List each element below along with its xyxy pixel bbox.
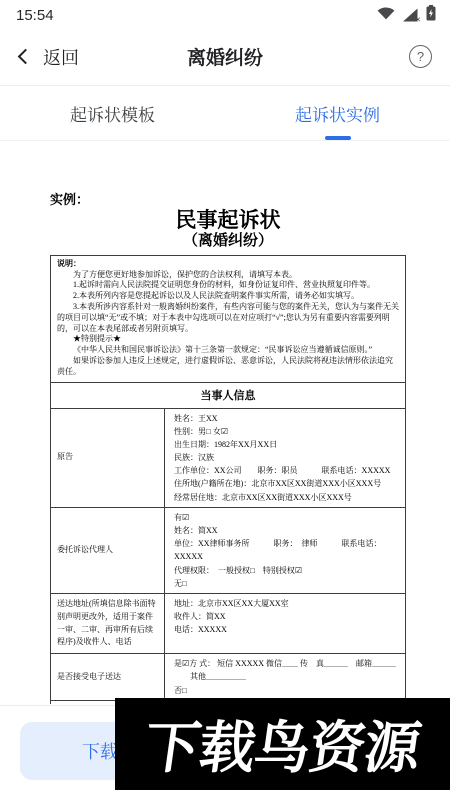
battery-charging-icon xyxy=(426,5,436,26)
field-line: 性别：男□ 女☑ xyxy=(174,425,401,438)
watermark-overlay: 下载鸟资源 xyxy=(115,698,450,790)
example-label: 实例： xyxy=(50,189,406,208)
row-label: 是否接受电子送达 xyxy=(51,654,165,700)
field-line: 代理权限： 一般授权□ 特别授权☑ xyxy=(174,564,401,577)
field-line: 姓名：简XX xyxy=(174,524,401,537)
notes-row: 说明： 为了方便您更好地参加诉讼，保护您的合法权利，请填写本表。 1.起诉时需向… xyxy=(51,256,405,383)
status-bar: 15:54 ✕ xyxy=(0,0,450,28)
field-line: 是☑方 式： 短信 XXXXX 微信＿＿ 传 真＿＿＿ 邮箱＿＿＿ xyxy=(174,657,401,670)
table-row-electronic-delivery: 是否接受电子送达 是☑方 式： 短信 XXXXX 微信＿＿ 传 真＿＿＿ 邮箱＿… xyxy=(51,654,405,701)
field-line: 无□ xyxy=(174,577,401,590)
notes-line: 《中华人民共和国民事诉讼法》第十三条第一款规定：“民事诉讼应当遵循诚信原则。” xyxy=(57,345,399,356)
notes-line: 1.起诉时需向人民法院提交证明您身份的材料，如身份证复印件、营业执照复印件等。 xyxy=(57,280,399,291)
document-table: 说明： 为了方便您更好地参加诉讼，保护您的合法权利，请填写本表。 1.起诉时需向… xyxy=(50,255,406,704)
document-title: 民事起诉状 xyxy=(50,209,406,233)
notes-line: 3.本表所涉内容系针对一般离婚纠纷案件，有些内容可能与您的案件无关，您认为与案件… xyxy=(57,302,399,334)
notes-line: 如果诉讼参加人违反上述规定，进行虚假诉讼、恶意诉讼，人民法院将视违法情形依法追究… xyxy=(57,356,399,378)
field-line: 住所地(户籍所在地)：北京市XX区XX街道XXX小区XXX号 xyxy=(174,477,401,490)
field-line: 地址：北京市XX区XX大厦XX室 xyxy=(174,597,401,610)
row-content: 地址：北京市XX区XX大厦XX室 收件人：简XX 电话：XXXXX xyxy=(165,594,405,653)
row-content: 是☑方 式： 短信 XXXXX 微信＿＿ 传 真＿＿＿ 邮箱＿＿＿ 其他＿＿＿＿… xyxy=(165,654,405,700)
tab-complaint-example[interactable]: 起诉状实例 xyxy=(225,86,450,140)
wifi-icon xyxy=(377,6,395,25)
field-line: 单位：XX律师事务所 职务： 律师 联系电话：XXXXX xyxy=(174,537,401,563)
table-row-plaintiff: 原告 姓名：王XX 性别：男□ 女☑ 出生日期：1982年XX月XX日 民族：汉… xyxy=(51,409,405,508)
question-mark-icon: ? xyxy=(417,49,424,64)
page-title: 离婚纠纷 xyxy=(187,43,263,70)
document-page: 实例： 民事起诉状 （离婚纠纷） 说明： 为了方便您更好地参加诉讼，保护您的合法… xyxy=(50,189,406,704)
field-line: 工作单位：XX公司 职务：职员 联系电话：XXXXX xyxy=(174,464,401,477)
back-chevron-icon xyxy=(18,49,34,65)
notes-heading: 说明： xyxy=(57,259,399,270)
back-button[interactable]: 返回 xyxy=(18,44,79,70)
row-content: 有☑ 姓名：简XX 单位：XX律师事务所 职务： 律师 联系电话：XXXXX 代… xyxy=(165,508,405,593)
watermark-text: 下载鸟资源 xyxy=(139,704,425,784)
notes-line: 2.本表所列内容是您提起诉讼以及人民法院查明案件事实所需，请务必如实填写。 xyxy=(57,291,399,302)
tab-example-label: 起诉状实例 xyxy=(295,101,380,126)
document-subtitle: （离婚纠纷） xyxy=(50,233,406,250)
notes-line: 为了方便您更好地参加诉讼，保护您的合法权利，请填写本表。 xyxy=(57,270,399,281)
field-line: 其他＿＿＿＿＿ xyxy=(174,670,401,683)
tab-bar: 起诉状模板 起诉状实例 xyxy=(0,86,450,141)
header: 返回 离婚纠纷 ? xyxy=(0,28,450,86)
field-line: 有☑ xyxy=(174,511,401,524)
field-line: 民族：汉族 xyxy=(174,451,401,464)
section-header-parties: 当事人信息 xyxy=(51,383,405,409)
row-label: 委托诉讼代理人 xyxy=(51,508,165,593)
row-label: 送达地址(所填信息除书面特别声明更改外，适用于案件一审、二审、再审所有后续程序)… xyxy=(51,594,165,653)
field-line: 收件人：简XX xyxy=(174,610,401,623)
screen: 15:54 ✕ 返回 离婚纠纷 ? xyxy=(0,0,450,800)
table-row-delivery-address: 送达地址(所填信息除书面特别声明更改外，适用于案件一审、二审、再审所有后续程序)… xyxy=(51,594,405,654)
status-icons: ✕ xyxy=(377,5,436,26)
help-button[interactable]: ? xyxy=(409,45,432,68)
notes-line: ★特别提示★ xyxy=(57,334,399,345)
document-scroll-area[interactable]: 实例： 民事起诉状 （离婚纠纷） 说明： 为了方便您更好地参加诉讼，保护您的合法… xyxy=(0,141,450,704)
row-content: 姓名：王XX 性别：男□ 女☑ 出生日期：1982年XX月XX日 民族：汉族 工… xyxy=(165,409,405,507)
field-line: 经常居住地：北京市XX区XX街道XXX小区XXX号 xyxy=(174,491,401,504)
active-tab-indicator xyxy=(325,136,351,140)
field-line: 电话：XXXXX xyxy=(174,623,401,636)
no-signal-icon: ✕ xyxy=(402,8,419,22)
status-time: 15:54 xyxy=(16,7,54,24)
back-label: 返回 xyxy=(43,44,79,70)
field-line: 出生日期：1982年XX月XX日 xyxy=(174,438,401,451)
table-row-agent: 委托诉讼代理人 有☑ 姓名：简XX 单位：XX律师事务所 职务： 律师 联系电话… xyxy=(51,508,405,594)
row-label: 原告 xyxy=(51,409,165,507)
field-line: 姓名：王XX xyxy=(174,412,401,425)
tab-complaint-template[interactable]: 起诉状模板 xyxy=(0,86,225,140)
field-line: 否□ xyxy=(174,684,401,697)
